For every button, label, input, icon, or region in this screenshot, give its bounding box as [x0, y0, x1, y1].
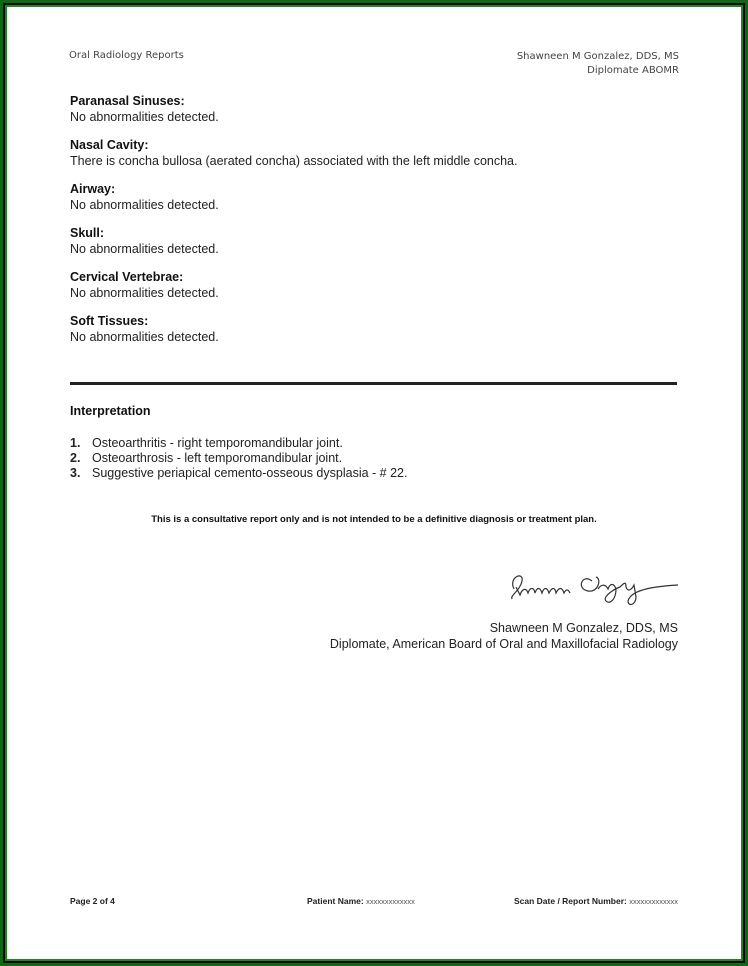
- scan-report-value: xxxxxxxxxxxxx: [629, 897, 678, 906]
- patient-name-label: Patient Name:: [307, 896, 364, 906]
- interpretation-item: 3. Suggestive periapical cemento-osseous…: [70, 466, 407, 481]
- finding-body: There is concha bullosa (aerated concha)…: [70, 153, 690, 169]
- interpretation-item: 1. Osteoarthritis - right temporomandibu…: [70, 436, 407, 451]
- report-header-title: Oral Radiology Reports: [69, 50, 184, 61]
- finding-title: Cervical Vertebrae:: [70, 269, 690, 285]
- interpretation-item: 2. Osteoarthrosis - left temporomandibul…: [70, 451, 407, 466]
- section-divider: [70, 382, 677, 385]
- interpretation-list: 1. Osteoarthritis - right temporomandibu…: [70, 436, 407, 481]
- findings-sections: Paranasal Sinuses: No abnormalities dete…: [70, 93, 690, 357]
- finding-cervical-vertebrae: Cervical Vertebrae: No abnormalities det…: [70, 269, 690, 301]
- finding-soft-tissues: Soft Tissues: No abnormalities detected.: [70, 313, 690, 345]
- finding-body: No abnormalities detected.: [70, 109, 690, 125]
- finding-airway: Airway: No abnormalities detected.: [70, 181, 690, 213]
- finding-body: No abnormalities detected.: [70, 285, 690, 301]
- scan-report-label: Scan Date / Report Number:: [514, 896, 627, 906]
- item-number: 1.: [70, 436, 92, 451]
- disclaimer-text: This is a consultative report only and i…: [7, 514, 741, 525]
- header-author-credential: Diplomate ABOMR: [517, 64, 679, 78]
- scan-report-field: Scan Date / Report Number: xxxxxxxxxxxxx: [514, 896, 678, 906]
- item-text: Osteoarthritis - right temporomandibular…: [92, 436, 343, 451]
- report-page: Oral Radiology Reports Shawneen M Gonzal…: [7, 7, 741, 959]
- finding-body: No abnormalities detected.: [70, 197, 690, 213]
- finding-body: No abnormalities detected.: [70, 241, 690, 257]
- finding-title: Nasal Cavity:: [70, 137, 690, 153]
- interpretation-title: Interpretation: [70, 404, 151, 418]
- finding-title: Paranasal Sinuses:: [70, 93, 690, 109]
- item-text: Osteoarthrosis - left temporomandibular …: [92, 451, 342, 466]
- patient-name-field: Patient Name: xxxxxxxxxxxxx: [307, 896, 415, 906]
- patient-name-value: xxxxxxxxxxxxx: [366, 897, 415, 906]
- signatory-name: Shawneen M Gonzalez, DDS, MS: [330, 620, 678, 636]
- finding-skull: Skull: No abnormalities detected.: [70, 225, 690, 257]
- finding-nasal-cavity: Nasal Cavity: There is concha bullosa (a…: [70, 137, 690, 169]
- report-header-author: Shawneen M Gonzalez, DDS, MS Diplomate A…: [517, 50, 679, 78]
- signature-icon: [502, 559, 682, 609]
- signatory-block: Shawneen M Gonzalez, DDS, MS Diplomate, …: [330, 620, 678, 652]
- item-number: 3.: [70, 466, 92, 481]
- finding-paranasal-sinuses: Paranasal Sinuses: No abnormalities dete…: [70, 93, 690, 125]
- item-text: Suggestive periapical cemento-osseous dy…: [92, 466, 407, 481]
- item-number: 2.: [70, 451, 92, 466]
- finding-body: No abnormalities detected.: [70, 329, 690, 345]
- finding-title: Airway:: [70, 181, 690, 197]
- header-author-name: Shawneen M Gonzalez, DDS, MS: [517, 50, 679, 64]
- page-number: Page 2 of 4: [70, 896, 115, 906]
- finding-title: Soft Tissues:: [70, 313, 690, 329]
- signatory-title: Diplomate, American Board of Oral and Ma…: [330, 636, 678, 652]
- finding-title: Skull:: [70, 225, 690, 241]
